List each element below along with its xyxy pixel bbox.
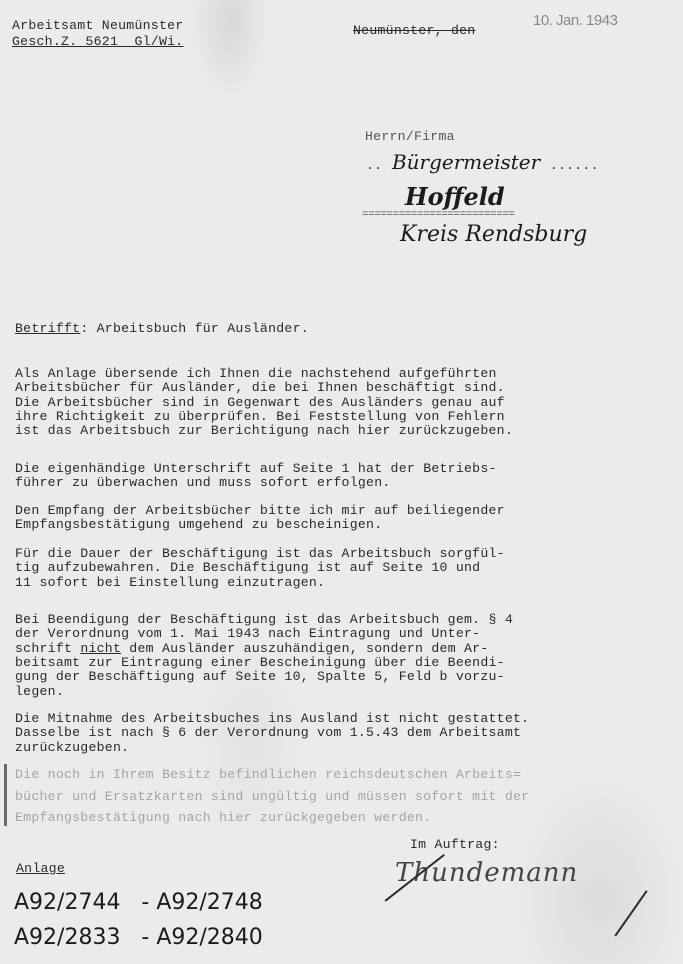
- body-line: Die eigenhändige Unterschrift auf Seite …: [15, 462, 497, 476]
- body-line: Die Mitnahme des Arbeitsbuches ins Ausla…: [15, 712, 529, 726]
- enclosure-range: A92/2744 - A92/2748: [14, 890, 263, 915]
- margin-mark: [4, 764, 7, 826]
- recipient-title: Bürgermeister: [392, 150, 540, 174]
- recipient-district: Kreis Rendsburg: [400, 222, 587, 247]
- body-line: Für die Dauer der Beschäftigung ist das …: [15, 547, 505, 561]
- enclosure-range: A92/2833 - A92/2840: [14, 925, 263, 950]
- address-divider: =========================: [362, 208, 515, 222]
- body-line: beitsamt zur Eintragung einer Bescheinig…: [15, 656, 505, 670]
- subject-text: : Arbeitsbuch für Ausländer.: [80, 321, 309, 336]
- body-line: Als Anlage übersende ich Ihnen die nachs…: [15, 367, 497, 381]
- subject-line: Betrifft: Arbeitsbuch für Ausländer.: [15, 322, 309, 336]
- sender-office: Arbeitsamt Neumünster: [12, 19, 183, 33]
- faded-body-line: Empfangsbestätigung nach hier zurückgege…: [15, 811, 431, 825]
- body-line: schrift nicht dem Ausländer auszuhändige…: [15, 642, 489, 656]
- body-line: Empfangsbestätigung umgehend zu beschein…: [15, 518, 382, 532]
- body-line: gung der Beschäftigung auf Seite 10, Spa…: [15, 670, 505, 684]
- body-line: ihre Richtigkeit zu überprüfen. Bei Fest…: [15, 410, 505, 424]
- body-line: zurückzugeben.: [15, 741, 129, 755]
- subject-label: Betrifft: [15, 321, 80, 336]
- body-line: Bei Beendigung der Beschäftigung ist das…: [15, 613, 513, 627]
- recipient-town: Hoffeld: [405, 182, 505, 211]
- reference-number: Gesch.Z. 5621 Gl/Wi.: [12, 35, 183, 49]
- enclosure-label: Anlage: [16, 862, 65, 876]
- dots: ..: [366, 158, 382, 173]
- body-line: Arbeitsbücher für Ausländer, die bei Ihn…: [15, 381, 505, 395]
- body-line: der Verordnung vom 1. Mai 1943 nach Eint…: [15, 627, 480, 641]
- on-behalf-label: Im Auftrag:: [410, 838, 500, 852]
- body-line: 11 sofort bei Einstellung einzutragen.: [15, 576, 325, 590]
- place-label: Neumünster, den: [353, 24, 475, 38]
- faded-body-line: bücher und Ersatzkarten sind ungültig un…: [15, 790, 529, 804]
- body-line: ist das Arbeitsbuch zur Berichtigung nac…: [15, 424, 513, 438]
- emphasized-word: nicht: [80, 641, 121, 656]
- body-line: Dasselbe ist nach § 6 der Verordnung vom…: [15, 726, 521, 740]
- body-line: tig aufzubewahren. Die Beschäftigung ist…: [15, 561, 480, 575]
- signature: Thundemann: [395, 858, 578, 888]
- recipient-title-line: .. Bürgermeister ......: [366, 150, 599, 174]
- body-line: legen.: [15, 685, 64, 699]
- body-line: Den Empfang der Arbeitsbücher bitte ich …: [15, 504, 505, 518]
- dots: ......: [550, 158, 599, 173]
- faded-body-line: Die noch in Ihrem Besitz befindlichen re…: [15, 768, 521, 782]
- salutation-label: Herrn/Firma: [365, 130, 455, 144]
- date-stamp: 10. Jan. 1943: [533, 12, 617, 29]
- body-line: führer zu überwachen und muss sofort erf…: [15, 476, 391, 490]
- body-line: Die Arbeitsbücher sind in Gegenwart des …: [15, 396, 505, 410]
- place-label-text: Neumünster, den: [353, 23, 475, 38]
